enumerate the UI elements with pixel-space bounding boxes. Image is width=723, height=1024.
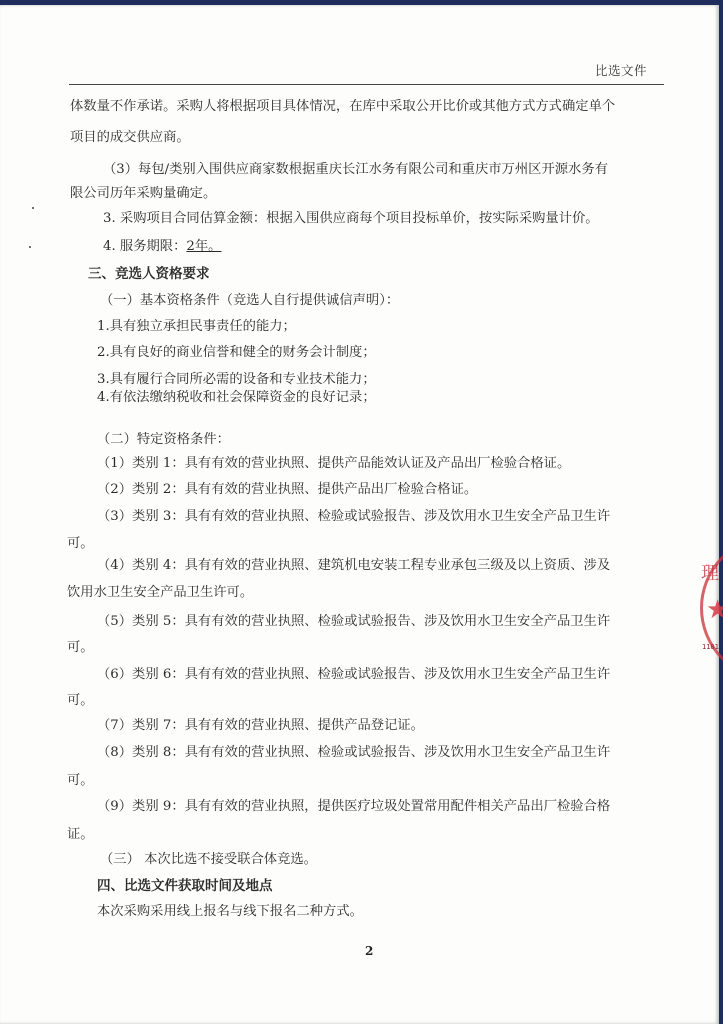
official-seal-partial: 理 ★ 1101 <box>700 535 723 675</box>
body-line-service-period: 4. 服务期限：2年。 <box>103 239 221 255</box>
category-item: （2）类别 2：具有有效的营业执照、提供产品出厂检验合格证。 <box>97 482 477 498</box>
service-period-label: 4. 服务期限： <box>103 239 186 254</box>
body-line: 项目的成交供应商。 <box>70 130 190 146</box>
body-line: 限公司历年采购量确定。 <box>70 186 216 202</box>
body-line: 体数量不作承诺。采购人将根据项目具体情况，在库中采取公开比价或其他方式方式确定单… <box>70 99 615 115</box>
body-line: 可。 <box>67 640 94 656</box>
body-line: 4.有依法缴纳税收和社会保障资金的良好记录； <box>97 390 376 406</box>
body-line: 2.具有良好的商业信誉和健全的财务会计制度； <box>97 345 376 361</box>
scan-speck <box>29 246 31 248</box>
category-item: （6）类别 6：具有有效的营业执照、检验或试验报告、涉及饮用水卫生安全产品卫生许 <box>97 667 610 683</box>
subsection-heading-basic: （一）基本资格条件（竞选人自行提供诚信声明）： <box>100 293 399 309</box>
body-line: 3. 采购项目合同估算金额：根据入围供应商每个项目投标单价，按实际采购量计价。 <box>103 211 599 227</box>
body-line: 本次采购采用线上报名与线下报名二种方式。 <box>97 904 363 920</box>
body-line: 3.具有履行合同所必需的设备和专业技术能力； <box>97 372 376 388</box>
subsection-heading-joint: （三） 本次比选不接受联合体竞选。 <box>100 852 317 868</box>
seal-star-icon: ★ <box>706 595 723 625</box>
category-item: （4）类别 4：具有有效的营业执照、建筑机电安装工程专业承包三级及以上资质、涉及 <box>97 558 610 574</box>
category-item: （5）类别 5：具有有效的营业执照、检验或试验报告、涉及饮用水卫生安全产品卫生许 <box>97 614 610 630</box>
category-item: （9）类别 9：具有有效的营业执照，提供医疗垃圾处置常用配件相关产品出厂检验合格 <box>97 799 610 815</box>
category-item: （1）类别 1：具有有效的营业执照、提供产品能效认证及产品出厂检验合格证。 <box>97 456 570 472</box>
document-page: 比选文件 体数量不作承诺。采购人将根据项目具体情况，在库中采取公开比价或其他方式… <box>0 5 719 1024</box>
body-line: 可。 <box>67 536 94 552</box>
body-line: 可。 <box>67 773 94 789</box>
body-line: 饮用水卫生安全产品卫生许可。 <box>67 585 253 601</box>
category-item: （7）类别 7：具有有效的营业执照、提供产品登记证。 <box>97 718 424 734</box>
section-heading-4: 四、比选文件获取时间及地点 <box>97 878 273 894</box>
scan-speck <box>32 207 34 209</box>
body-line: 可。 <box>67 693 94 709</box>
body-line: 证。 <box>67 827 94 843</box>
seal-glyph: 理 <box>701 559 719 585</box>
body-line: 1.具有独立承担民事责任的能力； <box>97 319 296 335</box>
service-period-value: 2年。 <box>186 239 221 254</box>
section-heading-3: 三、竞选人资格要求 <box>88 266 210 282</box>
body-line: （3）每包/类别入围供应商家数根据重庆长江水务有限公司和重庆市万州区开源水务有 <box>103 162 608 178</box>
category-item: （8）类别 8：具有有效的营业执照、检验或试验报告、涉及饮用水卫生安全产品卫生许 <box>97 745 610 761</box>
seal-digits: 1101 <box>702 643 719 651</box>
page-number: 2 <box>365 944 373 958</box>
category-item: （3）类别 3：具有有效的营业执照、检验或试验报告、涉及饮用水卫生安全产品卫生许 <box>97 509 610 525</box>
header-divider <box>69 84 664 85</box>
header-title: 比选文件 <box>595 61 647 79</box>
subsection-heading-specific: （二）特定资格条件： <box>97 432 230 448</box>
